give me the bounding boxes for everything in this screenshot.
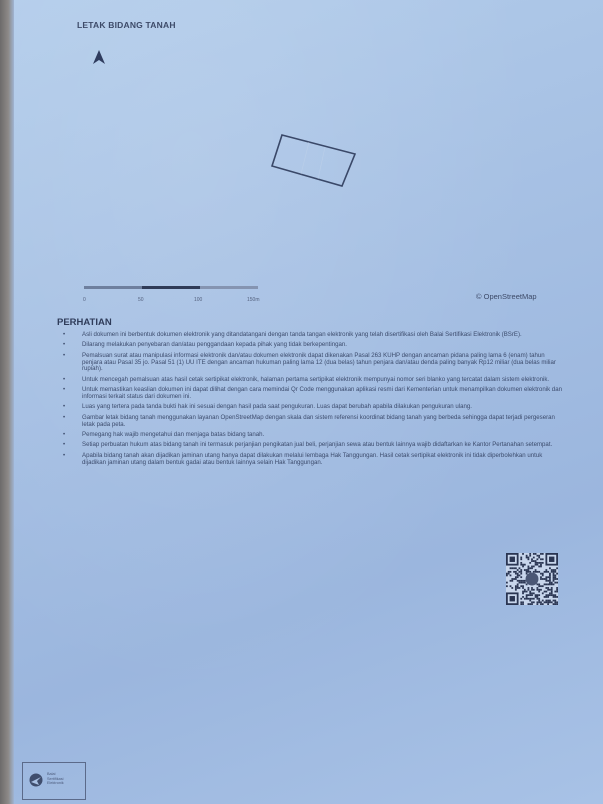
scale-label-100: 100 (194, 297, 202, 303)
notice-item: •Asli dokumen ini berbentuk dokumen elek… (60, 332, 565, 339)
bsre-stamp-text: Balai Sertifikasi Elektronik (47, 772, 64, 786)
north-arrow-icon (93, 50, 105, 64)
notice-item: •Pemalsuan surat atau manipulasi informa… (60, 353, 565, 373)
notice-item: •Untuk mencegah pemalsuan atas hasil cet… (60, 377, 565, 384)
bsre-logo-icon (29, 773, 43, 787)
scale-label-0: 0 (83, 297, 86, 303)
notice-item: •Dilarang melakukan penyebaran dan/atau … (60, 342, 565, 349)
notice-item: •Setiap perbuatan hukum atas bidang tana… (60, 442, 565, 449)
notice-item: •Luas yang tertera pada tanda bukti hak … (60, 404, 565, 411)
bsre-stamp: Balai Sertifikasi Elektronik (22, 762, 86, 800)
scale-label-50: 50 (138, 297, 144, 303)
notice-heading: PERHATIAN (57, 317, 112, 328)
notice-item: •Gambar letak bidang tanah menggunakan l… (60, 415, 565, 429)
notice-item: •Pemegang hak wajib mengetahui dan menja… (60, 432, 565, 439)
map-attribution: © OpenStreetMap (476, 292, 537, 301)
land-parcel-polygon (268, 130, 358, 190)
page-title: LETAK BIDANG TANAH (77, 20, 176, 30)
table-edge (0, 0, 14, 804)
notice-list: •Asli dokumen ini berbentuk dokumen elek… (60, 332, 565, 470)
notice-item: •Untuk memastikan keaslian dokumen ini d… (60, 387, 565, 401)
qr-code[interactable] (506, 553, 558, 605)
map-scale-bar (84, 285, 264, 291)
scale-label-150: 150m (247, 297, 260, 303)
notice-item: •Apabila bidang tanah akan dijadikan jam… (60, 453, 565, 467)
